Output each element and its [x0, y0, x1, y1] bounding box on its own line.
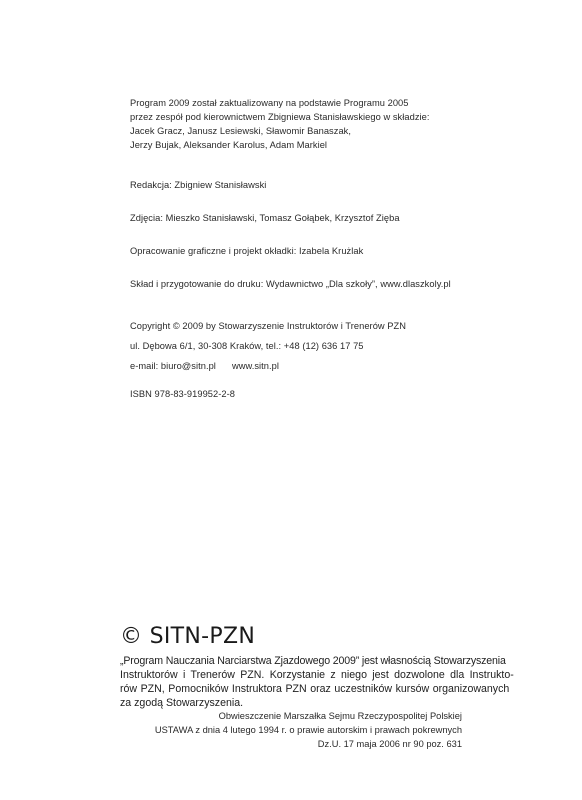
typesetting-text: Skład i przygotowanie do druku: Wydawnic…: [130, 277, 530, 291]
ownership-notice: „Program Nauczania Narciarstwa Zjazdoweg…: [120, 654, 461, 710]
website-link[interactable]: www.sitn.pl: [232, 361, 279, 371]
notice-line: rów PZN, Pomocników Instruktora PZN oraz…: [120, 682, 461, 696]
design-credit: Opracowanie graficzne i projekt okładki:…: [130, 244, 530, 258]
authors-line: Jacek Gracz, Janusz Lesiewski, Sławomir …: [130, 124, 530, 138]
authors-block: Program 2009 został zaktualizowany na po…: [130, 96, 530, 152]
photos-credit: Zdjęcia: Mieszko Stanisławski, Tomasz Go…: [130, 211, 530, 225]
legal-line: Obwieszczenie Marszałka Sejmu Rzeczyposp…: [155, 709, 462, 723]
legal-line: Dz.U. 17 maja 2006 nr 90 poz. 631: [155, 737, 462, 751]
email-link[interactable]: e-mail: biuro@sitn.pl: [130, 361, 216, 371]
typesetting-credit: Skład i przygotowanie do druku: Wydawnic…: [130, 277, 530, 291]
sitn-pzn-logo: © SITN-PZN: [120, 624, 255, 649]
isbn-text: ISBN 978-83-919952-2-8: [130, 387, 530, 401]
editor-credit: Redakcja: Zbigniew Stanisławski: [130, 178, 530, 192]
notice-line: Instruktorów i Trenerów PZN. Korzystanie…: [120, 668, 461, 682]
document-page: Program 2009 został zaktualizowany na po…: [0, 0, 582, 800]
photos-text: Zdjęcia: Mieszko Stanisławski, Tomasz Go…: [130, 211, 530, 225]
notice-line: „Program Nauczania Narciarstwa Zjazdoweg…: [120, 654, 461, 668]
legal-line: USTAWA z dnia 4 lutego 1994 r. o prawie …: [155, 723, 462, 737]
copyright-text: Copyright © 2009 by Stowarzyszenie Instr…: [130, 316, 530, 336]
authors-line: Jerzy Bujak, Aleksander Karolus, Adam Ma…: [130, 138, 530, 152]
contact-block: Copyright © 2009 by Stowarzyszenie Instr…: [130, 316, 530, 376]
legal-reference: Obwieszczenie Marszałka Sejmu Rzeczyposp…: [155, 709, 462, 751]
email-line: e-mail: biuro@sitn.plwww.sitn.pl: [130, 356, 530, 376]
notice-line: za zgodą Stowarzyszenia.: [120, 696, 461, 710]
editor-text: Redakcja: Zbigniew Stanisławski: [130, 178, 530, 192]
authors-line: przez zespół pod kierownictwem Zbigniewa…: [130, 110, 530, 124]
design-text: Opracowanie graficzne i projekt okładki:…: [130, 244, 530, 258]
authors-line: Program 2009 został zaktualizowany na po…: [130, 96, 530, 110]
isbn-block: ISBN 978-83-919952-2-8: [130, 387, 530, 401]
address-text: ul. Dębowa 6/1, 30-308 Kraków, tel.: +48…: [130, 336, 530, 356]
